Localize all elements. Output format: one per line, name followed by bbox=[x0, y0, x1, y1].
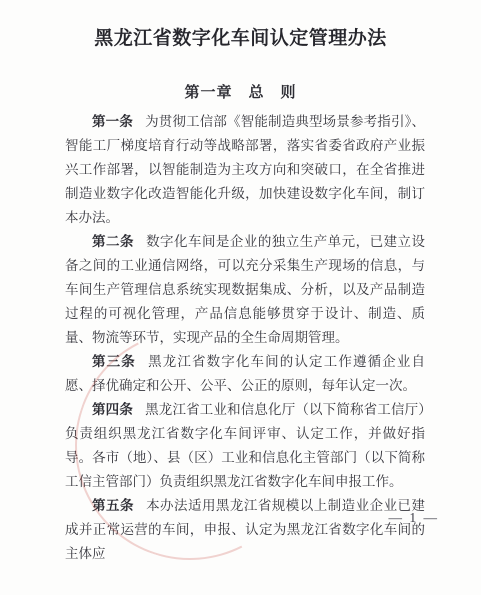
document-title: 黑龙江省数字化车间认定管理办法 bbox=[0, 0, 481, 52]
document-page: 黑龙江省数字化车间认定管理办法 第一章 总 则 第一条为贯彻工信部《智能制造典型… bbox=[0, 0, 481, 595]
article-paragraph: 第三条黑龙江省数字化车间的认定工作遵循企业自愿、择优确定和公开、公平、公正的原则… bbox=[65, 350, 425, 398]
article-label: 第一条 bbox=[92, 114, 133, 129]
document-body: 第一条为贯彻工信部《智能制造典型场景参考指引》、智能工厂梯度培育行动等战略部署，… bbox=[65, 110, 425, 566]
page-number: — 1 — bbox=[389, 510, 440, 526]
chapter-heading: 第一章 总 则 bbox=[0, 84, 481, 102]
article-paragraph: 第二条数字化车间是企业的独立生产单元，已建立设备之间的工业通信网络，可以充分采集… bbox=[65, 230, 425, 350]
article-label: 第四条 bbox=[92, 402, 133, 417]
article-text: 数字化车间是企业的独立生产单元，已建立设备之间的工业通信网络，可以充分采集生产现… bbox=[65, 234, 425, 345]
article-label: 第三条 bbox=[92, 354, 136, 369]
article-paragraph: 第一条为贯彻工信部《智能制造典型场景参考指引》、智能工厂梯度培育行动等战略部署，… bbox=[65, 110, 425, 230]
article-paragraph: 第五条本办法适用黑龙江省规模以上制造业企业已建成并正常运营的车间，申报、认定为黑… bbox=[65, 494, 425, 566]
article-label: 第二条 bbox=[92, 234, 134, 249]
article-text: 为贯彻工信部《智能制造典型场景参考指引》、智能工厂梯度培育行动等战略部署，落实省… bbox=[65, 114, 425, 225]
article-paragraph: 第四条黑龙江省工业和信息化厅（以下简称省工信厅）负责组织黑龙江省数字化车间评审、… bbox=[65, 398, 425, 494]
article-label: 第五条 bbox=[92, 498, 134, 513]
